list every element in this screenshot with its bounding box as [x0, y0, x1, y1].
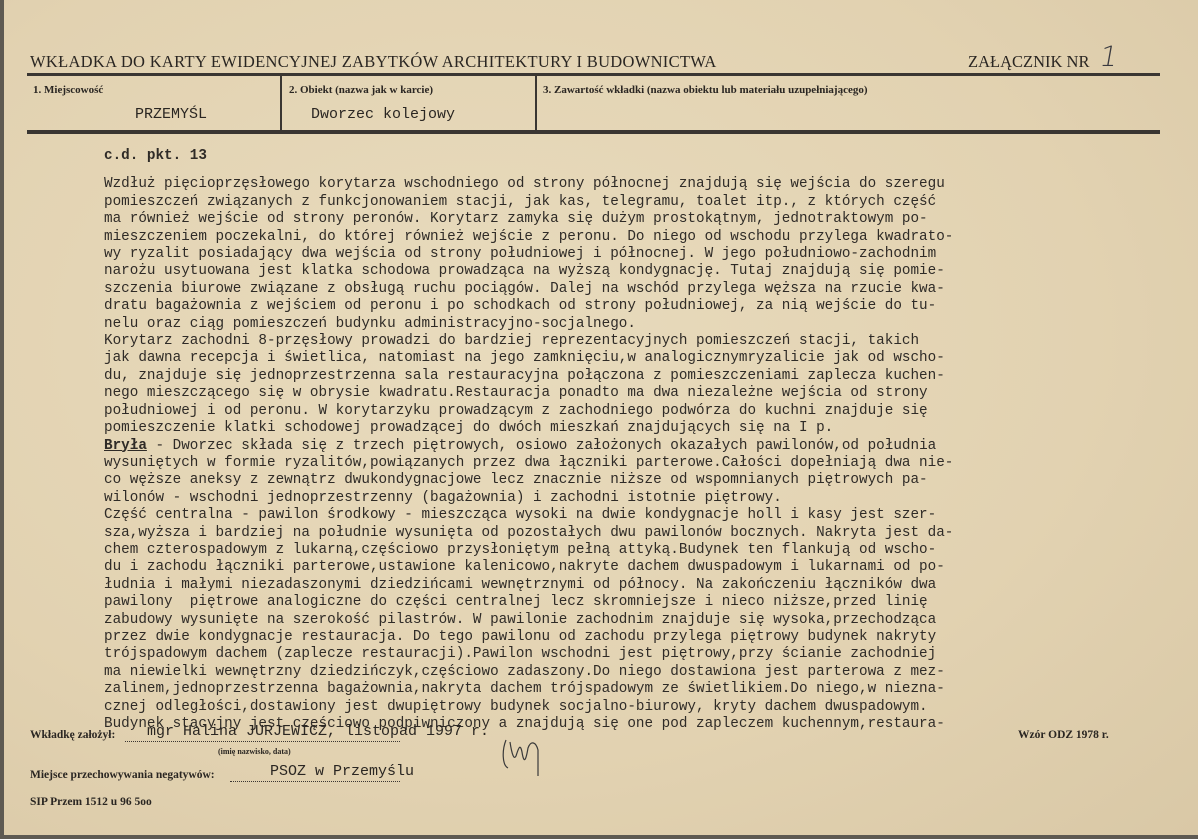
fields-rule	[27, 130, 1160, 134]
negatives-label: Miejsce przechowywania negatywów:	[30, 769, 215, 781]
negatives-dotted-line	[230, 781, 400, 782]
bryla-heading: Bryła	[104, 438, 147, 454]
contents-label: 3. Zawartość wkładki (nazwa obiektu lub …	[543, 84, 868, 96]
locality-value: PRZEMYŚL	[135, 106, 207, 123]
description-part-1: Wzdłuż pięcioprzęsłowego korytarza wscho…	[104, 176, 953, 436]
field-divider-1	[280, 75, 282, 132]
founder-value: mgr Halina JURJEWICZ, listopad 1997 r.	[147, 723, 489, 740]
field-divider-2	[535, 75, 537, 132]
signature-icon	[498, 730, 548, 780]
founder-dotted-line	[125, 741, 400, 742]
document-card: WKŁADKA DO KARTY EWIDENCYJNEJ ZABYTKÓW A…	[0, 0, 1198, 839]
founder-label: Wkładkę założył:	[30, 729, 115, 741]
template-label: Wzór ODZ 1978 r.	[1018, 729, 1109, 741]
object-label: 2. Obiekt (nazwa jak w karcie)	[289, 84, 433, 96]
form-title: WKŁADKA DO KARTY EWIDENCYJNEJ ZABYTKÓW A…	[30, 52, 717, 72]
scan-edge-left	[0, 0, 4, 839]
print-code: SIP Przem 1512 u 96 5oo	[30, 796, 152, 808]
negatives-value: PSOZ w Przemyślu	[270, 763, 414, 780]
locality-label: 1. Miejscowość	[33, 84, 103, 96]
description-part-2: - Dworzec składa się z trzech piętrowych…	[104, 438, 953, 733]
continuation-heading: c.d. pkt. 13	[104, 148, 1144, 165]
scan-edge-bottom	[0, 835, 1198, 839]
description-text: c.d. pkt. 13Wzdłuż pięcioprzęsłowego kor…	[104, 148, 1144, 733]
annex-number: 1	[1097, 40, 1121, 73]
founder-caption: (imię nazwisko, data)	[218, 747, 291, 756]
header-rule	[27, 73, 1160, 76]
annex-label: ZAŁĄCZNIK NR	[968, 52, 1089, 72]
object-value: Dworzec kolejowy	[311, 106, 455, 123]
